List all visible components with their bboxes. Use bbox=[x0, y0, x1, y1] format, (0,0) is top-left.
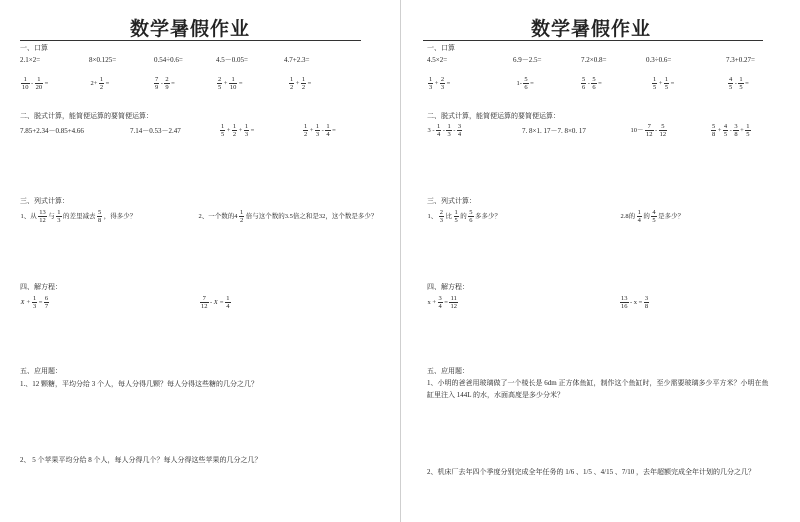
section-header-equations: 四、解方程： bbox=[20, 283, 62, 292]
equation: 712- X =14 bbox=[199, 295, 232, 310]
oral-fraction-item: 56-56= bbox=[580, 76, 602, 91]
left-page: 数学暑假作业 一、口算 2.1×2= 8×0.125= 0.54÷0.6= 4.… bbox=[0, 0, 400, 522]
right-page: 数学暑假作业 一、口算 4.5×2= 6.9－2.5= 7.2×0.8= 0.3… bbox=[401, 0, 800, 522]
equation: x +34=1112 bbox=[427, 295, 459, 310]
title-rule bbox=[423, 40, 763, 41]
stepwise-item: 3 -14-13-34 bbox=[427, 123, 463, 138]
oral-item: 4.7+2.3= bbox=[284, 56, 309, 65]
written-question: 1、从1312与13的差里减去58，得多少？ bbox=[20, 209, 137, 224]
oral-fraction-item: 110-120= bbox=[20, 76, 49, 91]
oral-item: 7.3+0.27= bbox=[726, 56, 755, 65]
word-problem: 1、小明的爸爸用玻璃做了一个棱长是 6dm 正方体鱼缸，制作这个鱼缸时，至少需要… bbox=[427, 377, 772, 401]
title-rule bbox=[20, 40, 361, 41]
oral-fraction-item: 15+15= bbox=[651, 76, 675, 91]
oral-fraction-item: 2+12= bbox=[90, 76, 110, 91]
section-header-stepwise: 二、脱式计算，能简便运算的要简便运算： bbox=[20, 112, 153, 121]
equation: 1316- x =38 bbox=[619, 295, 650, 310]
stepwise-item: 15+12+13= bbox=[219, 123, 255, 138]
oral-fraction-item: 13+23= bbox=[427, 76, 451, 91]
word-problem: 2、 5 个苹果平均分给 8 个人，每人分得几个？每人分得这些苹果的几分之几？ bbox=[20, 456, 262, 465]
oral-item: 7.2×0.8= bbox=[581, 56, 606, 65]
oral-fraction-item: 45-15= bbox=[727, 76, 749, 91]
section-header-equations: 四、解方程： bbox=[427, 283, 469, 292]
section-header-written: 三、列式计算： bbox=[20, 197, 69, 206]
section-header-stepwise: 二、脱式计算，能简便运算的要简便运算： bbox=[427, 112, 560, 121]
section-header-oral: 一、口算 bbox=[427, 44, 455, 53]
oral-item: 0.3÷0.6= bbox=[646, 56, 671, 65]
page-title: 数学暑假作业 bbox=[391, 14, 791, 41]
oral-fraction-item: 79-29= bbox=[153, 76, 175, 91]
word-problem: 2、机床厂去年四个季度分别完成全年任务的 1/6 、1/5 、4/15 、7/1… bbox=[427, 466, 772, 478]
oral-item: 2.1×2= bbox=[20, 56, 40, 65]
oral-fraction-item: 12+12= bbox=[288, 76, 312, 91]
oral-item: 4.5－0.05= bbox=[216, 56, 248, 65]
written-question: 2.8的14的45是多少？ bbox=[620, 209, 685, 224]
written-question: 2、一个数的412倍与这个数的3.5倍之和是32，这个数是多少？ bbox=[198, 209, 378, 224]
written-question: 1、23比15的56多多少？ bbox=[427, 209, 502, 224]
stepwise-item: 10－712-512 bbox=[630, 123, 668, 138]
oral-item: 6.9－2.5= bbox=[513, 56, 541, 65]
stepwise-item: 7. 8×1. 17－7. 8×0. 17 bbox=[522, 127, 586, 136]
stepwise-item: 7.85+2.34－0.85+4.66 bbox=[20, 127, 84, 136]
section-header-oral: 一、口算 bbox=[20, 44, 48, 53]
oral-item: 4.5×2= bbox=[427, 56, 447, 65]
oral-fraction-item: 25+110= bbox=[216, 76, 243, 91]
word-problem: 1.、12 颗糖，平均分给 3 个人，每人分得几颗？每人分得这些糖的几分之几？ bbox=[20, 380, 258, 389]
page-title: 数学暑假作业 bbox=[0, 14, 390, 41]
section-header-word-problems: 五、应用题： bbox=[20, 367, 62, 376]
section-header-word-problems: 五、应用题： bbox=[427, 367, 469, 376]
section-header-written: 三、列式计算： bbox=[427, 197, 476, 206]
oral-fraction-item: 1-56= bbox=[516, 76, 534, 91]
oral-item: 0.54÷0.6= bbox=[154, 56, 183, 65]
oral-item: 8×0.125= bbox=[89, 56, 116, 65]
stepwise-item: 12+13-14= bbox=[302, 123, 336, 138]
stepwise-item: 58+45-38+15 bbox=[710, 123, 752, 138]
stepwise-item: 7.14－0.53－2.47 bbox=[130, 127, 181, 136]
equation: X +13=67 bbox=[20, 295, 50, 310]
